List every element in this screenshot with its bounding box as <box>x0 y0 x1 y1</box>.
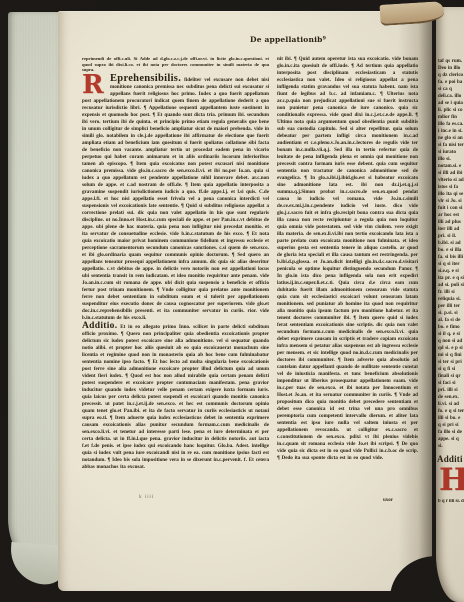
right-text-column: nit ibi. ¶ Quid autem operetur ista sua … <box>277 56 418 502</box>
next-leaf-text-fragment: taf qs rum. Deo in illo q dz clerico fa.… <box>438 58 464 454</box>
left-text-column: reprimendi de offi.c.uli. Si Adde ad d.g… <box>82 56 269 494</box>
catchword: uxor <box>383 498 393 503</box>
quire-signature-mark: k iiii <box>139 495 154 500</box>
next-leaf-tail-line: b q r illi si. de scrip. <box>438 499 464 505</box>
incipit-heading: Eprehensibilis. <box>110 73 181 84</box>
body-text-1: fideliter vel excusare non debet nisi mo… <box>82 77 269 321</box>
additio-paragraph: Additio. Et in eo allegato primo Inno. s… <box>82 322 269 471</box>
book-photograph: De appellationib⁹ reprimendi de offi.c.u… <box>0 0 464 602</box>
next-leaf-rubricated-initial: H <box>439 464 464 496</box>
reprehensibilis-paragraph: REprehensibilis. fideliter vel excusare … <box>82 73 269 322</box>
book-fore-edge <box>8 12 62 578</box>
torn-page-corner <box>379 1 444 26</box>
body-text-2: Et in eo allegato primo Inno. scilicet i… <box>82 324 269 470</box>
body-text-right: nit ibi. ¶ Quid autem operetur ista sua … <box>277 56 418 461</box>
rubricated-initial-r: R <box>82 73 110 97</box>
additio-heading: Additio. <box>82 321 117 331</box>
gloss-note: reprimendi de offi.c.uli. Si Adde ad d.g… <box>82 56 269 73</box>
running-header: De appellationib⁹ <box>250 35 326 44</box>
